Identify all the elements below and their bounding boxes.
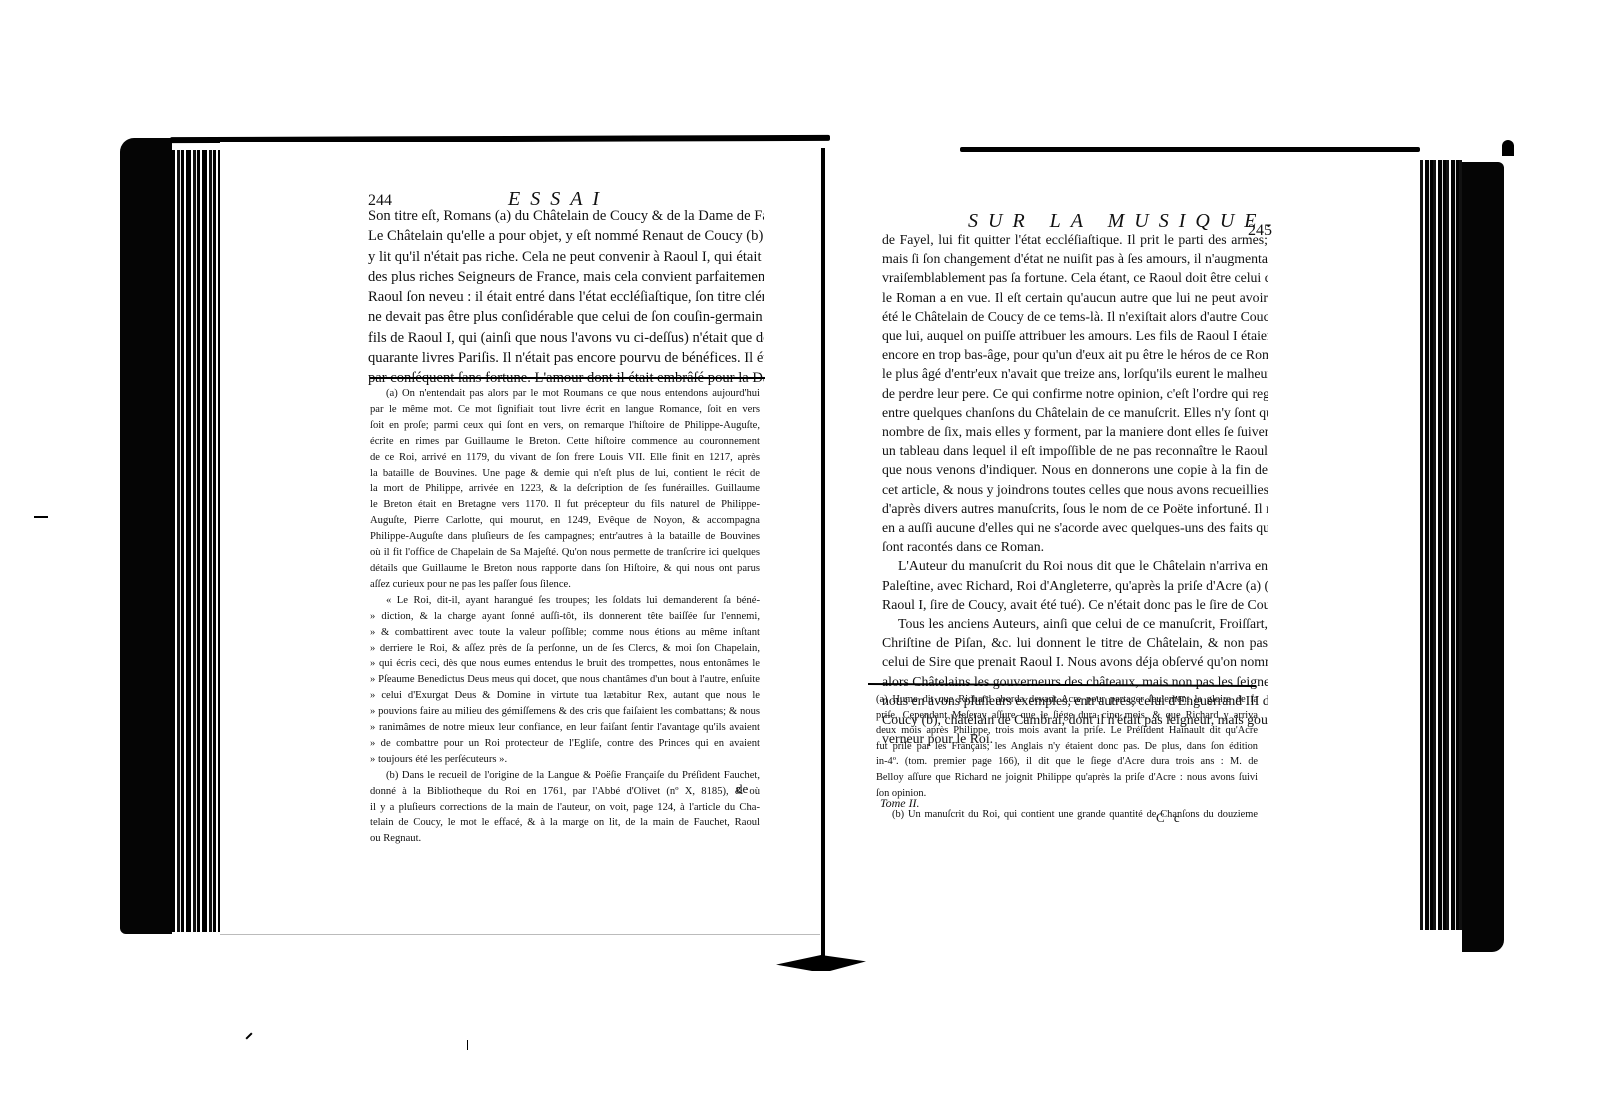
note-line: où il fit l'office de Chapelain de Sa Ma… xyxy=(370,545,760,561)
bookmark-tab xyxy=(1502,140,1514,156)
body-line: Raoul ſon neveu : il était entré dans l'… xyxy=(368,287,764,307)
body-line: mais ſi ſon changement d'état ne nuiſit … xyxy=(882,249,1268,268)
note-line: Philippe-Auguſte dans pluſieurs de ſes c… xyxy=(370,529,760,545)
note-line: (b) Dans le recueil de l'origine de la L… xyxy=(370,768,760,784)
note-line: aſſez curieux pour ne pas les paſſer ſou… xyxy=(370,577,760,593)
right-book-cover xyxy=(1462,162,1504,952)
body-line: été le Châtelain de Coucy de ce tems-là.… xyxy=(882,307,1268,326)
body-line: Son titre eſt, Romans (a) du Châtelain d… xyxy=(368,206,764,226)
book-gutter xyxy=(821,148,825,963)
note-line: » Pſeaume Benedictus Deus meus qui docet… xyxy=(370,672,760,688)
body-line: quarante livres Pariſis. Il n'était pas … xyxy=(368,348,764,368)
note-line: in-4º. (tom. premier page 166), il dit q… xyxy=(876,754,1258,770)
body-line: en a auſſi aucune d'elles qui ne s'acord… xyxy=(882,518,1268,537)
note-line: fut priſe par les Français; les Anglais … xyxy=(876,739,1258,755)
note-line: détails que Guillaume le Breton nous rap… xyxy=(370,561,760,577)
note-line: » diction, & la charge ayant ſonné auſſi… xyxy=(370,609,760,625)
note-line: » de combattre pour un Roi protecteur de… xyxy=(370,736,760,752)
left-page-edges xyxy=(170,150,220,932)
note-line: de ce Roi, arrivé en 1179, du vivant de … xyxy=(370,450,760,466)
body-line: L'Auteur du manuſcrit du Roi nous dit qu… xyxy=(882,556,1268,575)
note-line: » derriere le Roi, & aſſez près de ſa pe… xyxy=(370,641,760,657)
scan-speck xyxy=(245,1032,252,1039)
note-line: le Breton était en Bretagne vers 1170. I… xyxy=(370,497,760,513)
book-scan: 244 ESSAI Son titre eſt, Romans (a) du C… xyxy=(0,0,1600,1095)
left-bottom-edge xyxy=(220,934,820,935)
note-line: la mort de Philippe, arrivée en 1223, & … xyxy=(370,481,760,497)
body-line: Chriſtine de Piſan, &c. lui donnent le t… xyxy=(882,633,1268,652)
note-line: » ranimâmes de notre mieux leur confianc… xyxy=(370,720,760,736)
body-line: le Roman a en vue. Il eſt certain qu'auc… xyxy=(882,288,1268,307)
body-line: fils de Raoul I, qui (ainſi que nous l'a… xyxy=(368,328,764,348)
gutter-shadow xyxy=(776,955,866,971)
note-line: » toujours été les perſécuteurs ». xyxy=(370,752,760,768)
body-line: ne devait pas être plus conſidérable que… xyxy=(368,307,764,327)
left-book-cover xyxy=(120,138,172,934)
note-line: Belloy aſſure que Richard ne joignit Phi… xyxy=(876,770,1258,786)
body-line: cet article, & nous y joindrons toutes c… xyxy=(882,480,1268,499)
body-line: Paleſtine, avec Richard, Roi d'Angleterr… xyxy=(882,576,1268,595)
body-line: un tableau dans lequel il eſt impoſſible… xyxy=(882,441,1268,460)
body-line: vraiſemblablement pas ſa fortune. Cela é… xyxy=(882,268,1268,287)
note-line: donné à la Bibliotheque du Roi en 1761, … xyxy=(370,784,760,800)
left-footnotes: (a) On n'entendait pas alors par le mot … xyxy=(370,386,760,847)
scan-speck xyxy=(34,516,48,518)
body-line: que lui, auquel on puiſſe attribuer les … xyxy=(882,326,1268,345)
note-line: ou Regnaut. xyxy=(370,831,760,847)
body-line: y lit qu'il n'était pas riche. Cela ne p… xyxy=(368,247,764,267)
note-line: la bataille de Bouvines. Une page & demi… xyxy=(370,466,760,482)
note-line: par le même mot. Ce mot ſignifiait tout … xyxy=(370,402,760,418)
note-line: » pouvions faire au milieu des gémiſſeme… xyxy=(370,704,760,720)
body-line: de Fayel, lui fit quitter l'état eccléſi… xyxy=(882,230,1268,249)
note-line: (b) Un manuſcrit du Roi, qui contient un… xyxy=(876,807,1258,823)
scan-speck xyxy=(467,1040,468,1050)
note-line: » celui d'Exurgat Deus & Domine in virtu… xyxy=(370,688,760,704)
signature-mark: C c xyxy=(1156,810,1183,826)
note-line: deux mois après Philippe, trois mois ava… xyxy=(876,723,1258,739)
note-line: ſon opinion. xyxy=(876,786,1258,802)
right-body-text: de Fayel, lui fit quitter l'état eccléſi… xyxy=(882,230,1268,748)
body-line: le plus âgé d'entr'eux n'avait que treiz… xyxy=(882,364,1268,383)
note-line: (a) On n'entendait pas alors par le mot … xyxy=(370,386,760,402)
note-line: priſe. Cependant Meſeray aſſure que le ſ… xyxy=(876,708,1258,724)
note-line: (a) Hume dit que Richard aborda devant A… xyxy=(876,692,1258,708)
left-body-text: Son titre eſt, Romans (a) du Châtelain d… xyxy=(368,206,764,389)
body-line: que nous venons d'indiquer. Nous en donn… xyxy=(882,460,1268,479)
note-line: » & combattirent avec toute la valeur po… xyxy=(370,625,760,641)
note-line: il y a pluſieurs corrections de la main … xyxy=(370,800,760,816)
right-top-edge xyxy=(960,147,1420,152)
note-line: Auguſte, Pierre Carlotte, qui mourut, en… xyxy=(370,513,760,529)
right-footnotes: (a) Hume dit que Richard aborda devant A… xyxy=(876,692,1258,823)
body-line: nombre de ſix, mais elles y forment, par… xyxy=(882,422,1268,441)
note-line: écrite en rimes par Guillaume le Breton.… xyxy=(370,434,760,450)
body-line: alors Châtelains les gouverneurs des châ… xyxy=(882,672,1268,691)
body-line: Raoul I, ſire de Coucy, avait été tué). … xyxy=(882,595,1268,614)
note-line: telain de Coucy, le mot le effacé, & à l… xyxy=(370,815,760,831)
body-line: d'après divers autres manuſcrits, ſous l… xyxy=(882,499,1268,518)
catchword: de xyxy=(736,781,748,797)
right-page-edges xyxy=(1420,160,1462,930)
volume-label: Tome II. xyxy=(880,796,920,811)
body-line: entre quelques chanſons du Châtelain de … xyxy=(882,403,1268,422)
note-line: ſoit en proſe; parmi ceux qui ſont en ve… xyxy=(370,418,760,434)
note-line: » qui écris ceci, dès que nous eumes ent… xyxy=(370,656,760,672)
body-line: ſont racontés dans ce Roman. xyxy=(882,537,1268,556)
body-line: Le Châtelain qu'elle a pour objet, y eſt… xyxy=(368,226,764,246)
note-line: « Le Roi, dit-il, ayant harangué ſes tro… xyxy=(370,593,760,609)
body-line: de perdre leur pere. Ce qui confirme not… xyxy=(882,384,1268,403)
body-line: des plus riches Seigneurs de France, mai… xyxy=(368,267,764,287)
body-line: celui de Sire que prenait Raoul I. Nous … xyxy=(882,652,1268,671)
body-line: encore en trop bas-âge, pour qu'un d'eux… xyxy=(882,345,1268,364)
footnote-rule xyxy=(370,377,765,379)
body-line: Tous les anciens Auteurs, ainſi que celu… xyxy=(882,614,1268,633)
